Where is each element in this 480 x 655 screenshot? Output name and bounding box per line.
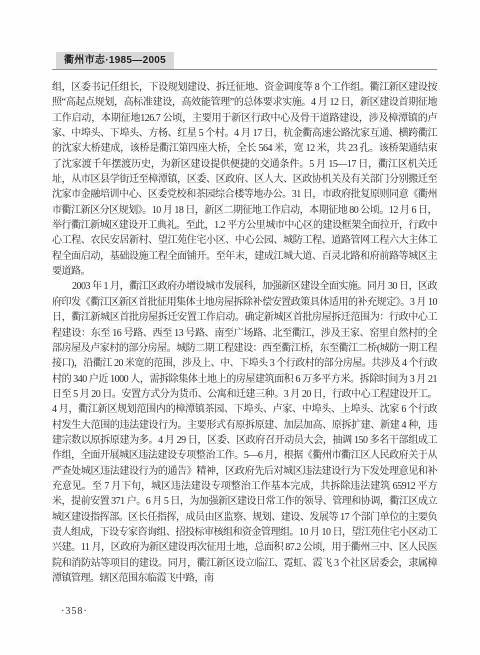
running-title: 衢州市志·1985—2005 (56, 52, 174, 69)
page-number: ·358· (61, 606, 88, 617)
paragraph-continuation: 组，区委书记任组长，下设规划建设、拆迁征地、资金调度等 8 个工作组。衢江新区建… (52, 80, 437, 279)
paragraph-2003: 2003 年 1 月，衢江区政府办增设城市发展科，加强新区建设全面实施。同月 3… (52, 279, 437, 586)
book-page: 衢州市志·1985—2005 组，区委书记任组长，下设规划建设、拆迁征地、资金调… (0, 0, 480, 655)
page-body: 组，区委书记任组长，下设规划建设、拆迁征地、资金调度等 8 个工作组。衢江新区建… (52, 80, 437, 586)
page-header: 衢州市志·1985—2005 (52, 52, 437, 70)
page-footer: ·358· (61, 601, 88, 619)
